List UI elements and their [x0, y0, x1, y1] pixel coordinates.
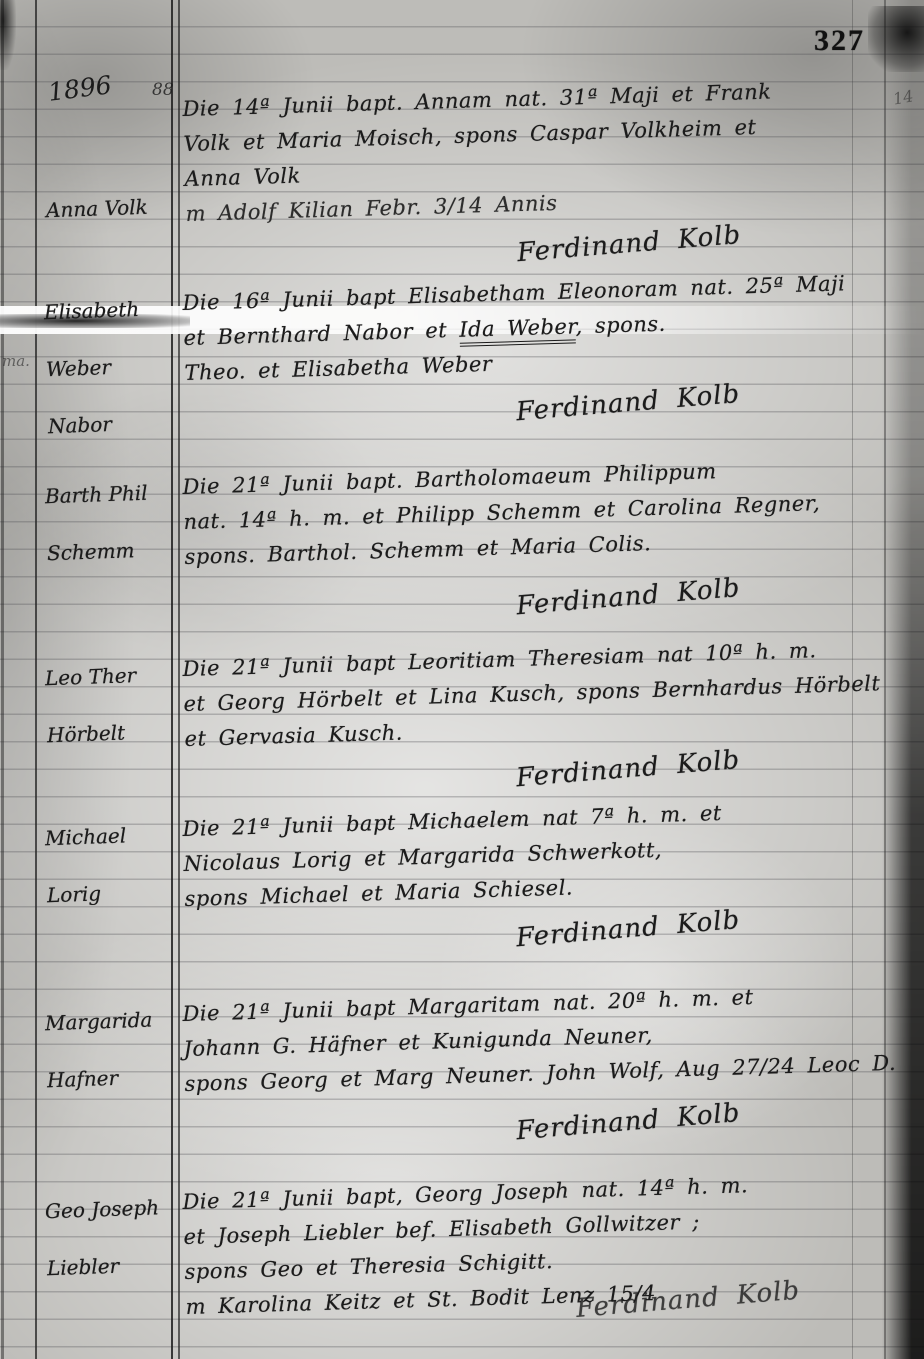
- margin-column: Leo TherHörbelt: [44, 646, 176, 764]
- margin-name: Weber: [45, 337, 175, 398]
- entry-body: Die 21ª Junii bapt Margaritam nat. 20ª h…: [182, 976, 906, 1146]
- margin-name: Lorig: [46, 863, 176, 924]
- margin-name: Leo Ther: [44, 646, 174, 707]
- entries: Anna Volk Die 14ª Junii bapt. Annam nat.…: [0, 0, 924, 1359]
- margin-name: Barth Phil: [44, 464, 174, 525]
- entry-body: Die 16ª Junii bapt Elisabetham Eleonoram…: [182, 265, 906, 427]
- signature: Ferdinand Kolb: [515, 559, 906, 621]
- margin-name: Hörbelt: [46, 703, 176, 764]
- entry-body: Die 21ª Junii bapt Michaelem nat 7ª h. m…: [182, 791, 906, 953]
- entry-body: Die 21ª Junii bapt, Georg Joseph nat. 14…: [182, 1164, 906, 1327]
- margin-name: Schemm: [46, 521, 176, 582]
- entry-body: Die 14ª Junii bapt. Annam nat. 31ª Maji …: [182, 71, 907, 268]
- entry-body: Die 21ª Junii bapt Leoritiam Theresiam n…: [182, 631, 906, 793]
- margin-name: Nabor: [47, 394, 177, 455]
- entry-body: Die 21ª Junii bapt. Bartholomaeum Philip…: [182, 449, 906, 621]
- margin-name: Anna Volk: [45, 178, 175, 239]
- margin-column: Anna Volk: [45, 178, 175, 239]
- signature: Ferdinand Kolb: [515, 1084, 906, 1146]
- margin-name: Michael: [44, 806, 174, 867]
- margin-name: Geo Joseph: [44, 1179, 174, 1240]
- underlined-text: Ida Weber: [459, 314, 576, 346]
- margin-column: ElisabethWeberNabor: [43, 280, 177, 455]
- margin-column: Geo JosephLiebler: [44, 1179, 176, 1297]
- margin-name: Hafner: [46, 1048, 176, 1109]
- margin-name: Liebler: [46, 1236, 176, 1297]
- margin-column: Barth PhilSchemm: [44, 464, 176, 582]
- margin-column: MichaelLorig: [44, 806, 176, 924]
- margin-name: Elisabeth: [43, 280, 173, 341]
- margin-name: Margarida: [44, 991, 174, 1052]
- margin-column: MargaridaHafner: [44, 991, 176, 1109]
- page-scan: 327 1896 88 ma. 14 Anna Volk Die 14ª Jun…: [0, 0, 924, 1359]
